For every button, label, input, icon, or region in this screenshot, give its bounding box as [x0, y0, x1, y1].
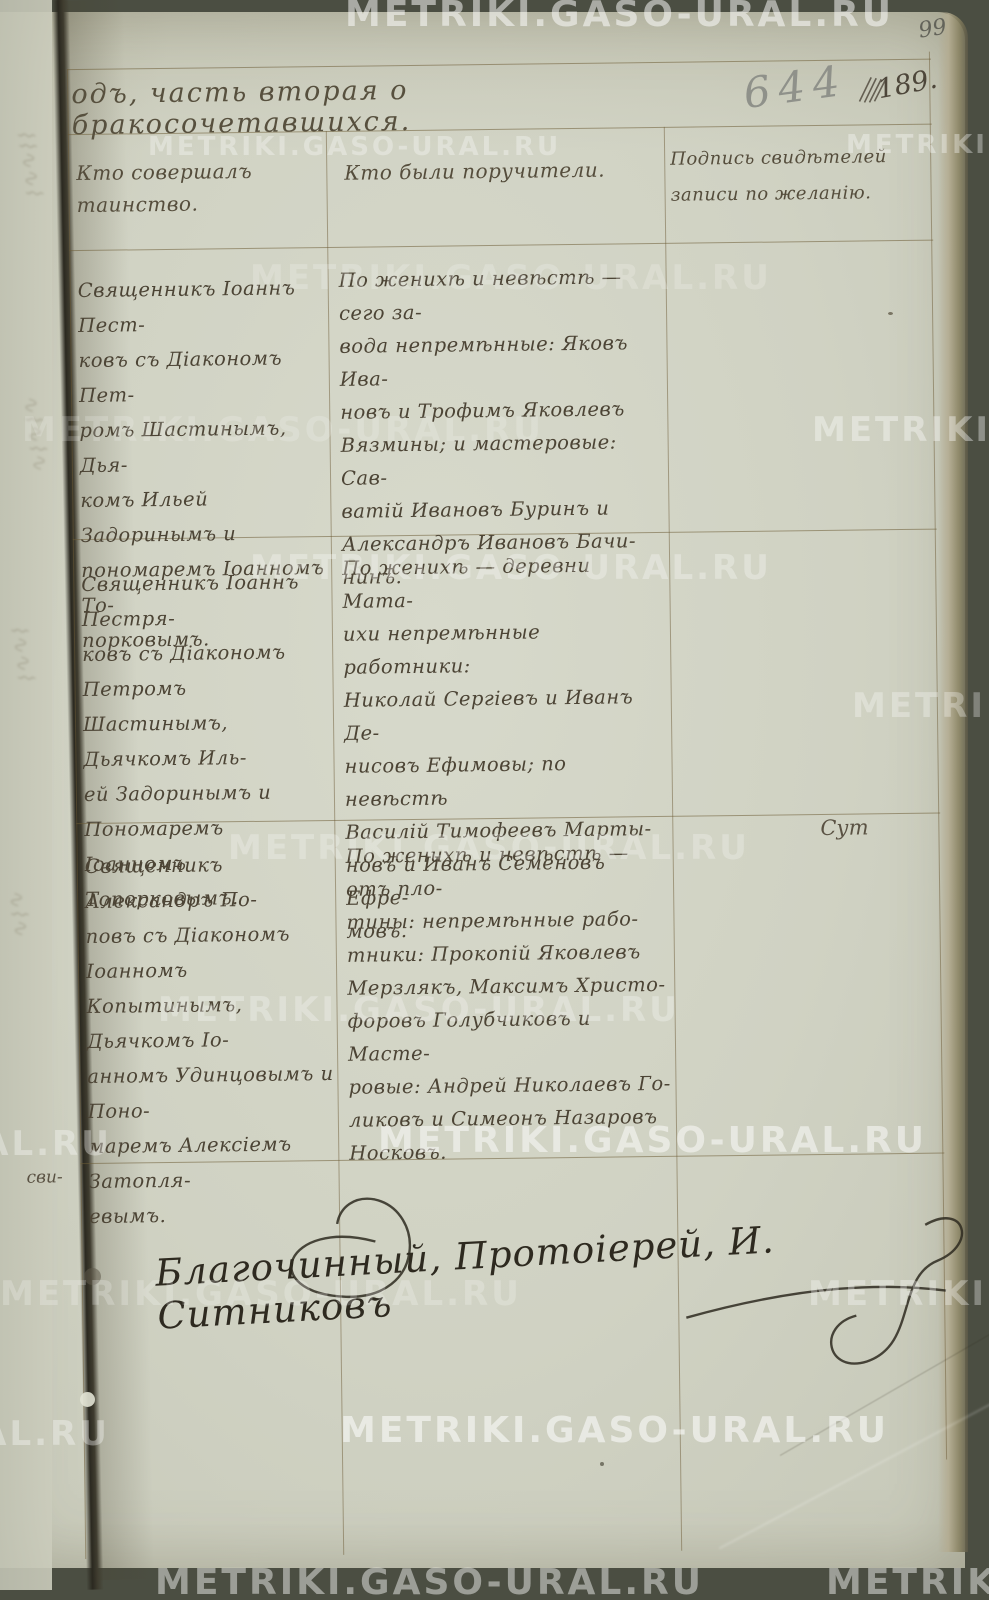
table-content: 99 644 189. одъ, часть вторая о бракосоч… — [0, 0, 989, 1600]
column-header-officiant: Кто совершалъ таинство. — [76, 154, 323, 221]
ink-speck — [888, 312, 893, 315]
row3-signature-note: Сут — [820, 815, 868, 840]
page-title: одъ, часть вторая о бракосочетавшихся. — [71, 72, 692, 142]
row3-sureties-cell: По женихѣ и невѣстѣ — отъ пло- тины: неп… — [345, 836, 679, 1170]
footer-margin-note: сви- — [26, 1167, 62, 1187]
scanned-metric-book-page: ⌇⌇∿∿⌇ ∿⌇∿⌇∿ ⌇∿∿⌇ ∿⌇∿ 99 644 189. одъ, ча… — [0, 0, 989, 1600]
paper-speck — [80, 1392, 95, 1407]
page-number: 99 — [917, 15, 948, 44]
row1-sureties-cell: По женихѣ и невѣстѣ — сего за- вода непр… — [338, 260, 667, 594]
column-header-signatures: Подпись свидѣтелей записи по желанію. — [670, 139, 921, 214]
ink-speck — [600, 1462, 604, 1466]
folio-number-pencil: 644 — [740, 56, 850, 119]
column-header-sureties: Кто были поручители. — [344, 153, 644, 189]
ink-speck — [84, 1268, 101, 1285]
rule-header-bottom — [69, 240, 933, 252]
